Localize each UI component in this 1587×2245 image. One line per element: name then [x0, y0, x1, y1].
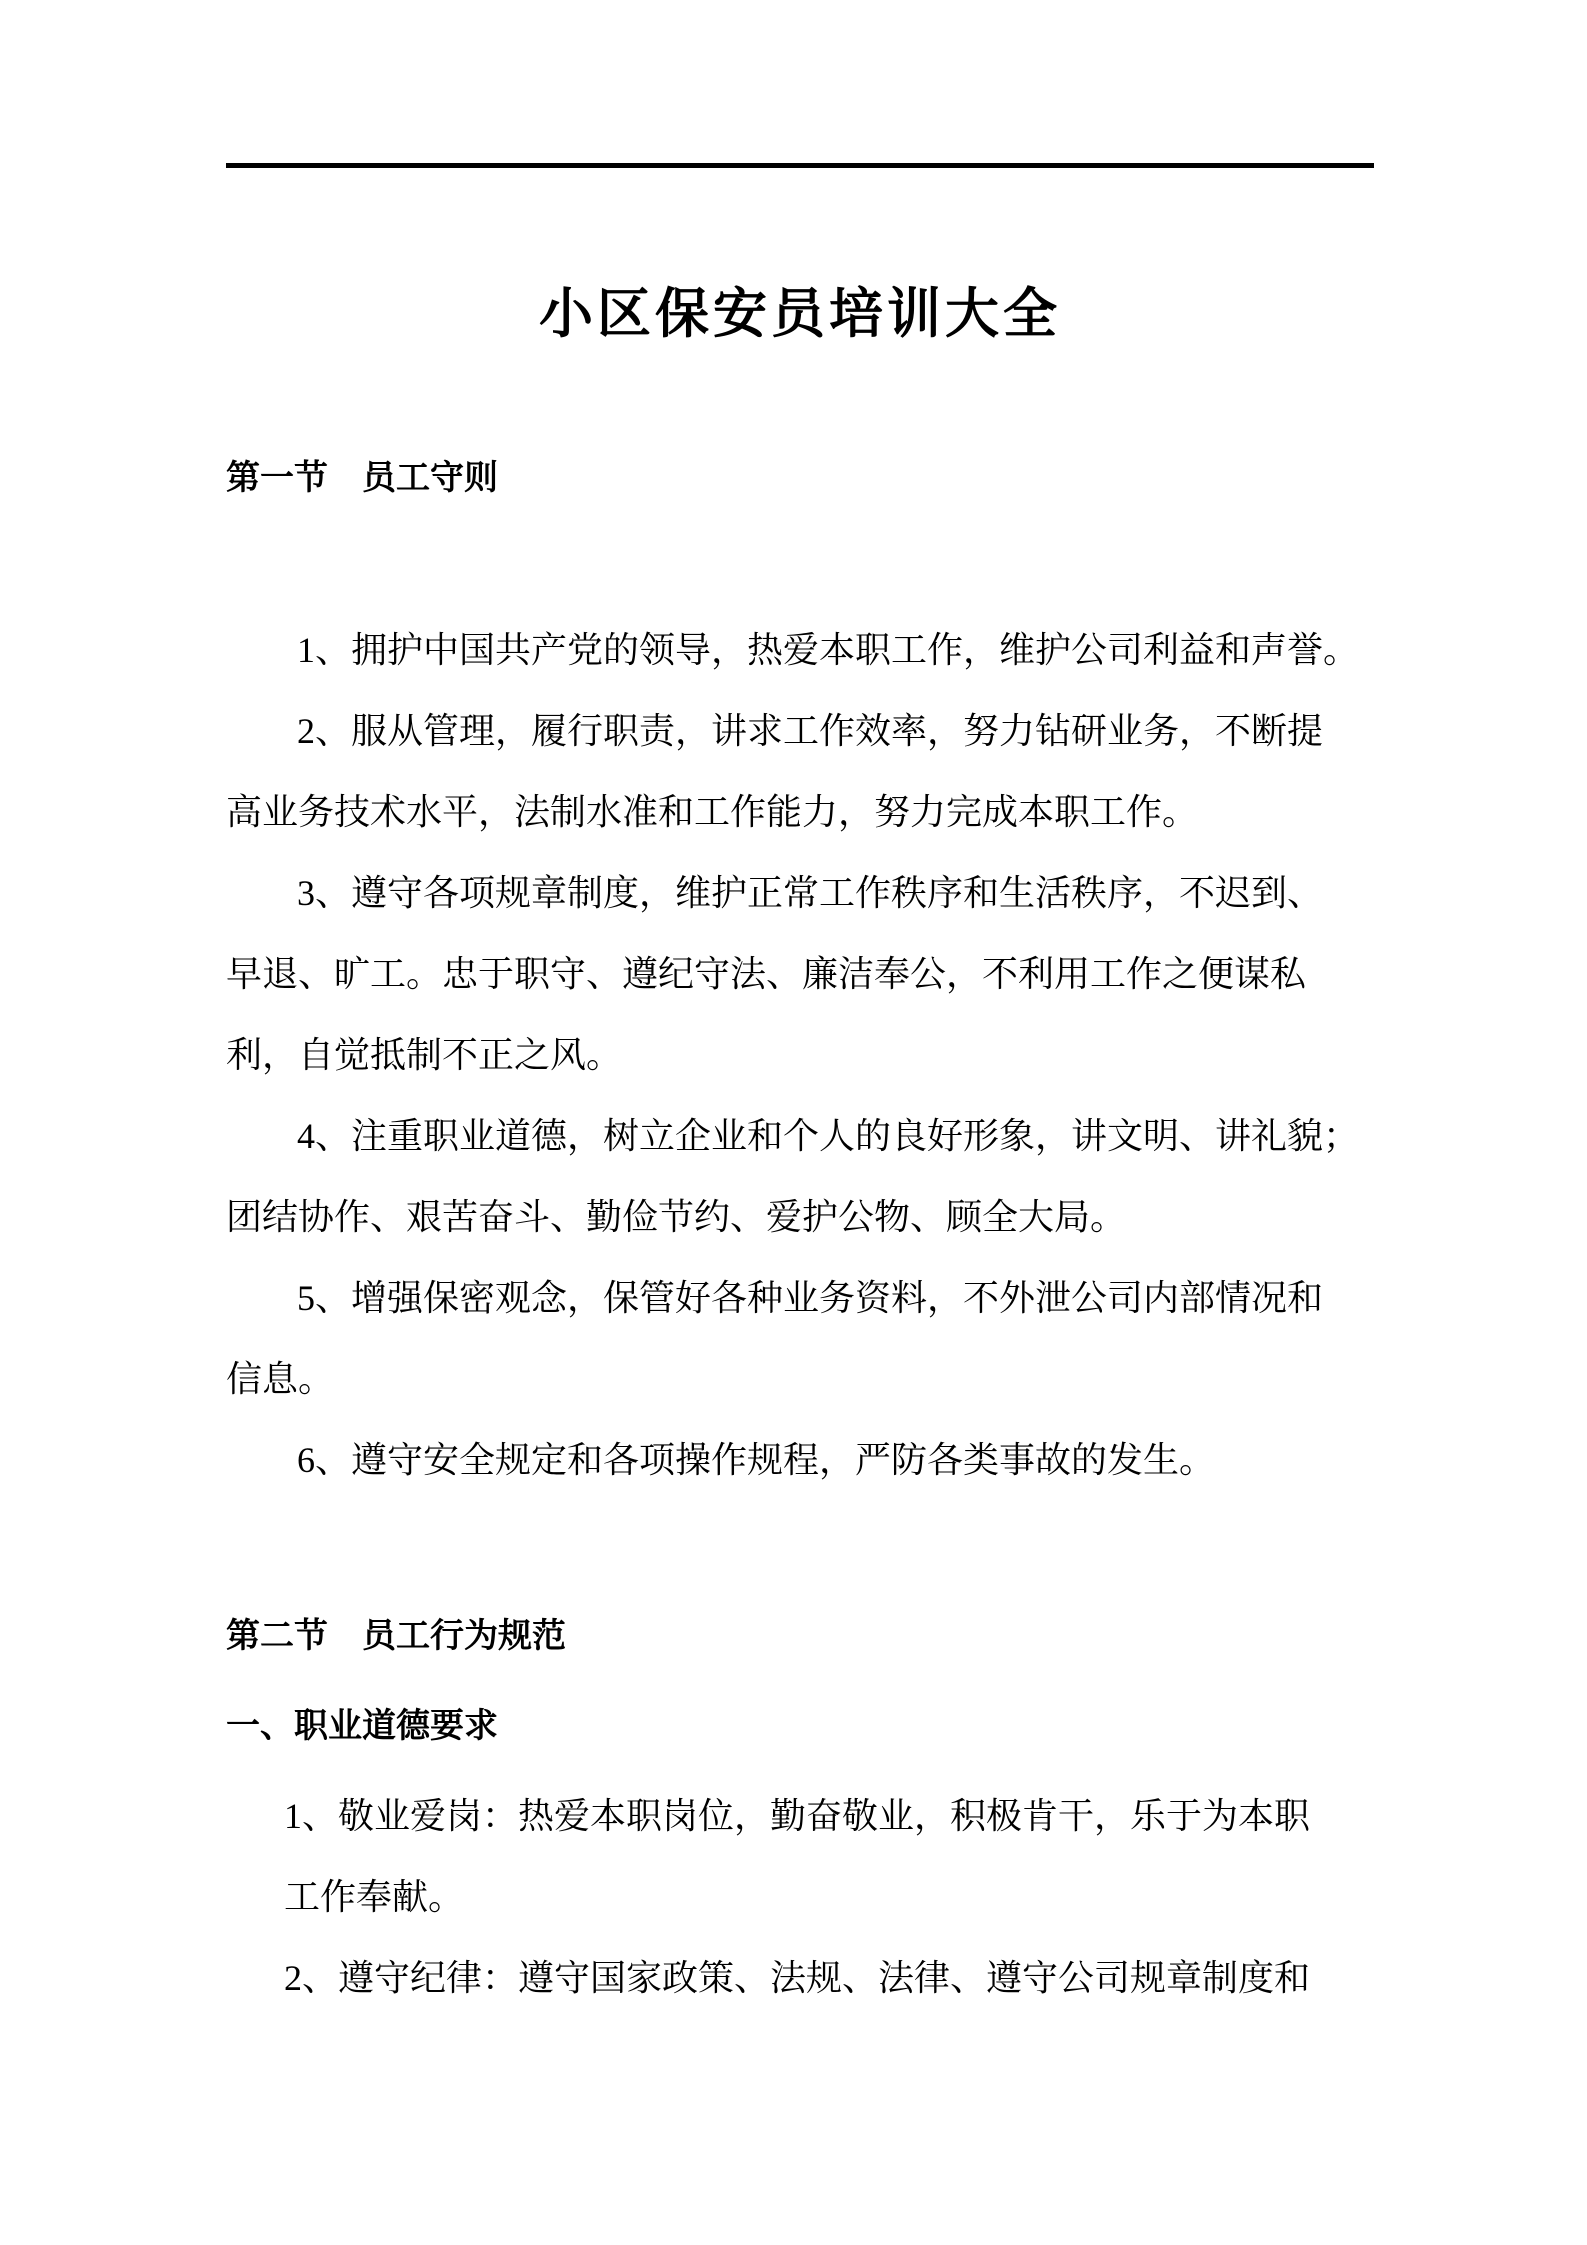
document-page: 小区保安员培训大全 第一节 员工守则 1、拥护中国共产党的领导，热爱本职工作，维… — [0, 0, 1587, 2245]
section2-item-1: 1、敬业爱岗：热爱本职岗位，勤奋敬业，积极肯干，乐于为本职 工作奉献。 — [284, 1776, 1374, 1938]
section1-item-2: 2、服从管理，履行职责，讲求工作效率，努力钻研业务，不断提 高业务技术水平，法制… — [226, 691, 1374, 853]
section1-body: 1、拥护中国共产党的领导，热爱本职工作，维护公司利益和声誉。 2、服从管理，履行… — [226, 610, 1374, 1501]
section1-item-5: 5、增强保密观念，保管好各种业务资料，不外泄公司内部情况和 信息。 — [226, 1258, 1374, 1420]
section1-item-3: 3、遵守各项规章制度，维护正常工作秩序和生活秩序，不迟到、 早退、旷工。忠于职守… — [226, 853, 1374, 1096]
section2-subheading: 一、职业道德要求 — [226, 1705, 1374, 1749]
header-rule — [226, 163, 1374, 168]
section1-item-4: 4、注重职业道德，树立企业和个人的良好形象，讲文明、讲礼貌； 团结协作、艰苦奋斗… — [226, 1096, 1374, 1258]
section2-body: 1、敬业爱岗：热爱本职岗位，勤奋敬业，积极肯干，乐于为本职 工作奉献。 2、遵守… — [226, 1776, 1374, 2019]
section1-item-6: 6、遵守安全规定和各项操作规程，严防各类事故的发生。 — [226, 1420, 1374, 1501]
page-content: 小区保安员培训大全 第一节 员工守则 1、拥护中国共产党的领导，热爱本职工作，维… — [0, 163, 1587, 2019]
section1-item-1: 1、拥护中国共产党的领导，热爱本职工作，维护公司利益和声誉。 — [226, 610, 1374, 691]
section2-item-2: 2、遵守纪律：遵守国家政策、法规、法律、遵守公司规章制度和 — [284, 1938, 1374, 2019]
section2-heading: 第二节 员工行为规范 — [226, 1615, 1374, 1659]
section1-heading: 第一节 员工守则 — [226, 457, 1374, 501]
document-title: 小区保安员培训大全 — [226, 279, 1374, 349]
